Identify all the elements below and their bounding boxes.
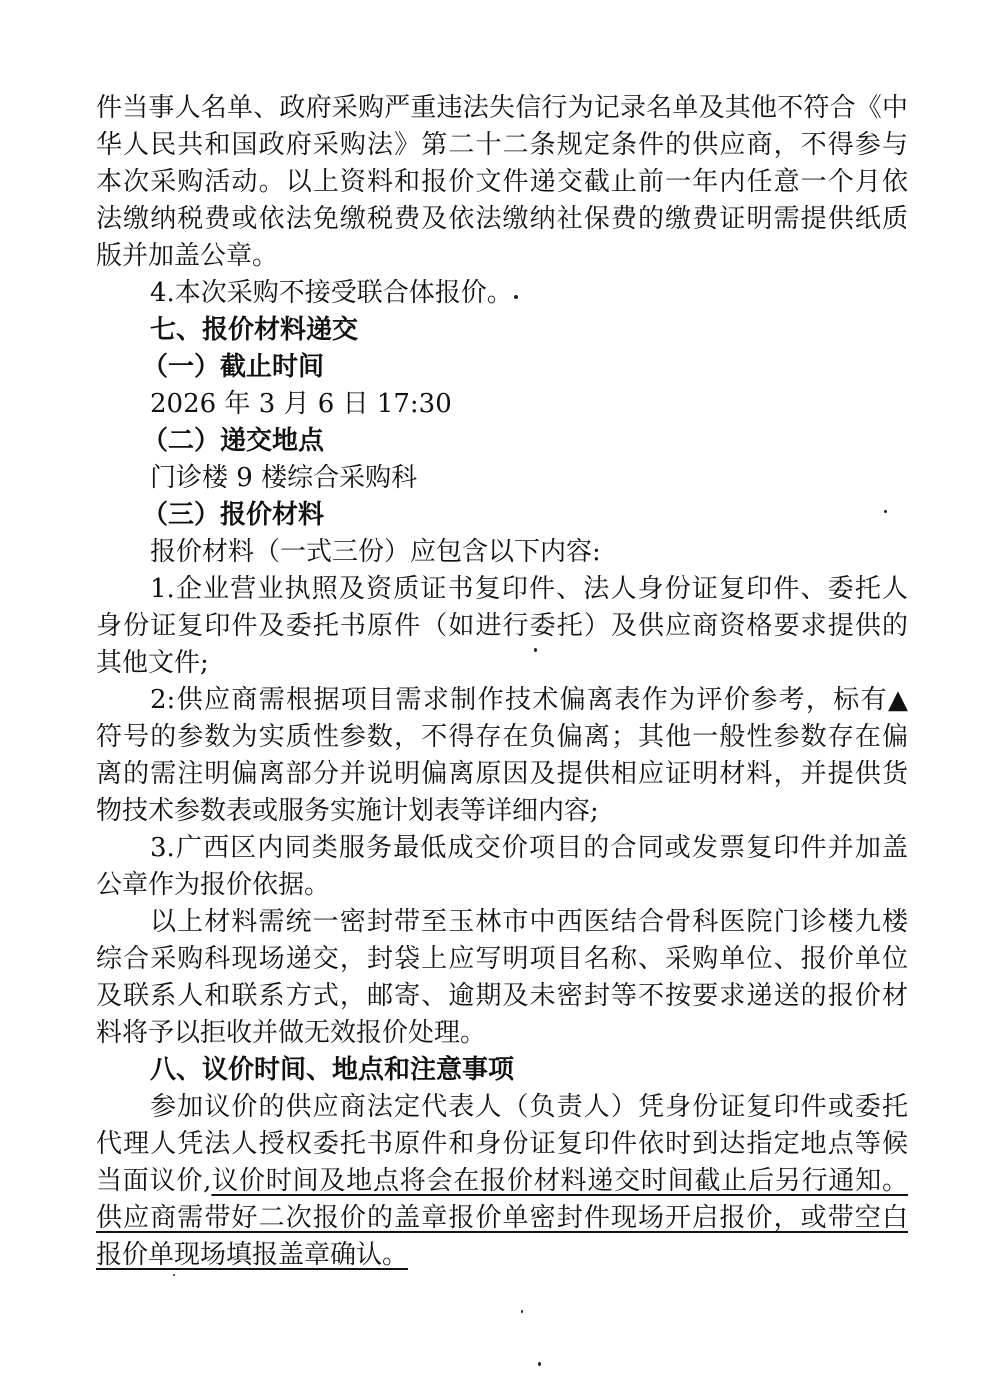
body-text-line: 法缴纳税费或依法免缴税费及依法缴纳社保费的缴费证明需提供纸质: [96, 201, 908, 238]
list-item-4: 4.本次采购不接受联合体报价。: [96, 275, 908, 312]
body-text-line: 华人民共和国政府采购法》第二十二条规定条件的供应商，不得参与: [96, 127, 908, 164]
body-text-line: 件当事人名单、政府采购严重违法失信行为记录名单及其他不符合《中: [96, 90, 908, 127]
scan-speck: [514, 295, 518, 299]
subheading-deadline: （一）截止时间: [96, 349, 908, 386]
scan-speck: [538, 1362, 541, 1366]
negotiation-paragraph: 参加议价的供应商法定代表人（负责人）凭身份证复印件或委托: [96, 1089, 908, 1126]
section-heading-7: 七、报价材料递交: [96, 312, 908, 349]
scan-speck: [534, 648, 537, 652]
body-text-line: 代理人凭法人授权委托书原件和身份证复印件依时到达指定地点等候: [96, 1126, 908, 1163]
scan-speck: [173, 1274, 175, 1276]
location-value: 门诊楼 9 楼综合采购科: [96, 460, 908, 497]
subheading-location: （二）递交地点: [96, 423, 908, 460]
body-text-line: 综合采购科现场递交，封袋上应写明项目名称、采购单位、报价单位: [96, 941, 908, 978]
document-page: 件当事人名单、政府采购严重违法失信行为记录名单及其他不符合《中 华人民共和国政府…: [96, 90, 908, 1274]
body-text-line: 物技术参数表或服务实施计划表等详细内容;: [96, 793, 908, 830]
body-text-line: 当面议价,议价时间及地点将会在报价材料递交时间截止后另行通知。: [96, 1163, 908, 1200]
scan-speck: [521, 1310, 523, 1313]
body-text-line: 公章作为报价依据。: [96, 867, 908, 904]
scan-speck: [884, 510, 887, 513]
body-text-line: 符号的参数为实质性参数，不得存在负偏离；其他一般性参数存在偏: [96, 719, 908, 756]
plain-text: 当面议价,: [96, 1166, 211, 1196]
deadline-value: 2026 年 3 月 6 日 17:30: [96, 386, 908, 423]
section-heading-8: 八、议价时间、地点和注意事项: [96, 1052, 908, 1089]
list-item-1: 1.企业营业执照及资质证书复印件、法人身份证复印件、委托人: [96, 571, 908, 608]
underlined-notice: 报价单现场填报盖章确认。: [96, 1240, 408, 1270]
body-text-line: 本次采购活动。以上资料和报价文件递交截止前一年内任意一个月依: [96, 164, 908, 201]
body-text-line: 离的需注明偏离部分并说明偏离原因及提供相应证明材料，并提供货: [96, 756, 908, 793]
body-text-line: 报价单现场填报盖章确认。: [96, 1237, 908, 1274]
underlined-notice: 议价时间及地点将会在报价材料递交时间截止后另行通知。: [211, 1166, 908, 1196]
list-item-3: 3.广西区内同类服务最低成交价项目的合同或发票复印件并加盖: [96, 830, 908, 867]
body-text-line: 身份证复印件及委托书原件（如进行委托）及供应商资格要求提供的: [96, 608, 908, 645]
body-text-line: 版并加盖公章。: [96, 238, 908, 275]
body-text-line: 料将予以拒收并做无效报价处理。: [96, 1015, 908, 1052]
underlined-notice: 供应商需带好二次报价的盖章报价单密封件现场开启报价，或带空白: [96, 1200, 908, 1237]
body-text-line: 及联系人和联系方式，邮寄、逾期及未密封等不按要求递送的报价材: [96, 978, 908, 1015]
materials-intro: 报价材料（一式三份）应包含以下内容:: [96, 534, 908, 571]
submission-paragraph: 以上材料需统一密封带至玉林市中西医结合骨科医院门诊楼九楼: [96, 904, 908, 941]
subheading-materials: （三）报价材料: [96, 497, 908, 534]
list-item-2: 2:供应商需根据项目需求制作技术偏离表作为评价参考，标有▲: [96, 682, 908, 719]
body-text-line: 其他文件;: [96, 645, 908, 682]
